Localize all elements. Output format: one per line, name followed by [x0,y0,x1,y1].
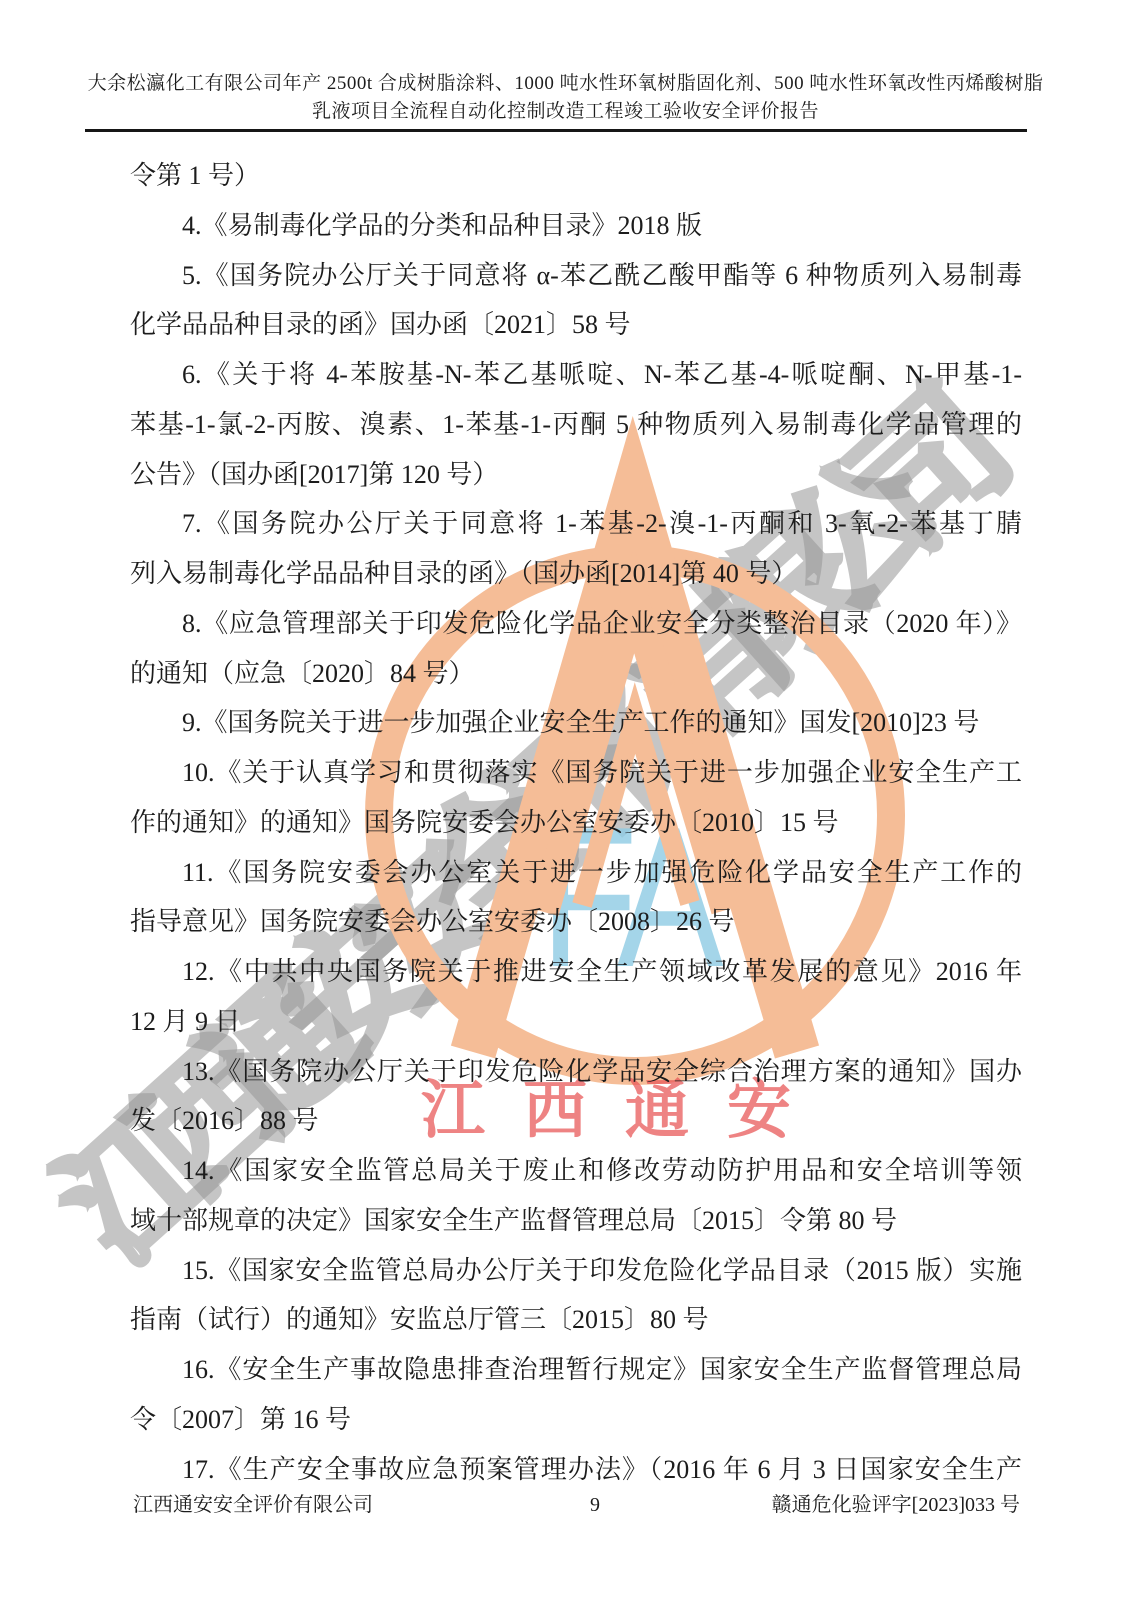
body-line: 域十部规章的决定》国家安全生产监督管理总局〔2015〕令第 80 号 [130,1196,1022,1246]
body-line: 14.《国家安全监管总局关于废止和修改劳动防护用品和安全培训等领 [130,1146,1022,1196]
content-layer: 大余松瀛化工有限公司年产 2500t 合成树脂涂料、1000 吨水性环氧树脂固化… [0,0,1131,1600]
body-line: 列入易制毒化学品品种目录的函》（国办函[2014]第 40 号） [130,549,1022,599]
body-line: 的通知（应急〔2020〕84 号） [130,649,1022,699]
body-line: 作的通知》的通知》国务院安委会办公室安委办〔2010〕15 号 [130,798,1022,848]
document-page: 江西通安安全评价有限公司 FA 江西通安 大余松瀛化工有限公司年产 2500t … [0,0,1131,1600]
body-line: 7.《国务院办公厅关于同意将 1-苯基-2-溴-1-丙酮和 3-氧-2-苯基丁腈 [130,499,1022,549]
body-line: 15.《国家安全监管总局办公厅关于印发危险化学品目录（2015 版）实施 [130,1246,1022,1296]
footer-document-number: 赣通危化验评字[2023]033 号 [772,1492,1020,1518]
body-line: 指导意见》国务院安委会办公室安委办〔2008〕26 号 [130,897,1022,947]
body-line: 指南（试行）的通知》安监总厅管三〔2015〕80 号 [130,1295,1022,1345]
body-line: 苯基-1-氯-2-丙胺、溴素、1-苯基-1-丙酮 5 种物质列入易制毒化学品管理… [130,400,1022,450]
body-line: 6.《关于将 4-苯胺基-N-苯乙基哌啶、N-苯乙基-4-哌啶酮、N-甲基-1- [130,350,1022,400]
header-rule [85,129,1027,132]
body-line: 公告》（国办函[2017]第 120 号） [130,450,1022,500]
header-title-line-2: 乳液项目全流程自动化控制改造工程竣工验收安全评价报告 [0,98,1131,126]
footer-page-number: 9 [560,1492,630,1518]
body-line: 16.《安全生产事故隐患排查治理暂行规定》国家安全生产监督管理总局 [130,1345,1022,1395]
body-line: 4.《易制毒化学品的分类和品种目录》2018 版 [130,201,1022,251]
footer-company-name: 江西通安安全评价有限公司 [133,1492,373,1518]
body-lines: 令第 1 号）4.《易制毒化学品的分类和品种目录》2018 版5.《国务院办公厅… [130,151,1022,1494]
body-line: 11.《国务院安委会办公室关于进一步加强危险化学品安全生产工作的 [130,848,1022,898]
body-line: 化学品品种目录的函》国办函〔2021〕58 号 [130,300,1022,350]
body-line: 5.《国务院办公厅关于同意将 α-苯乙酰乙酸甲酯等 6 种物质列入易制毒 [130,251,1022,301]
header-title-line-1: 大余松瀛化工有限公司年产 2500t 合成树脂涂料、1000 吨水性环氧树脂固化… [0,70,1131,98]
body-line: 10.《关于认真学习和贯彻落实《国务院关于进一步加强企业安全生产工 [130,748,1022,798]
body-line: 发〔2016〕88 号 [130,1096,1022,1146]
body-line: 令第 1 号） [130,151,1022,201]
body-line: 12 月 9 日 [130,997,1022,1047]
body-line: 令〔2007〕第 16 号 [130,1395,1022,1445]
body-line: 13.《国务院办公厅关于印发危险化学品安全综合治理方案的通知》国办 [130,1047,1022,1097]
body-line: 9.《国务院关于进一步加强企业安全生产工作的通知》国发[2010]23 号 [130,698,1022,748]
body-line: 12.《中共中央国务院关于推进安全生产领域改革发展的意见》2016 年 [130,947,1022,997]
page-header: 大余松瀛化工有限公司年产 2500t 合成树脂涂料、1000 吨水性环氧树脂固化… [0,70,1131,126]
body-line: 8.《应急管理部关于印发危险化学品企业安全分类整治目录（2020 年）》 [130,599,1022,649]
body-line: 17.《生产安全事故应急预案管理办法》（2016 年 6 月 3 日国家安全生产 [130,1445,1022,1495]
